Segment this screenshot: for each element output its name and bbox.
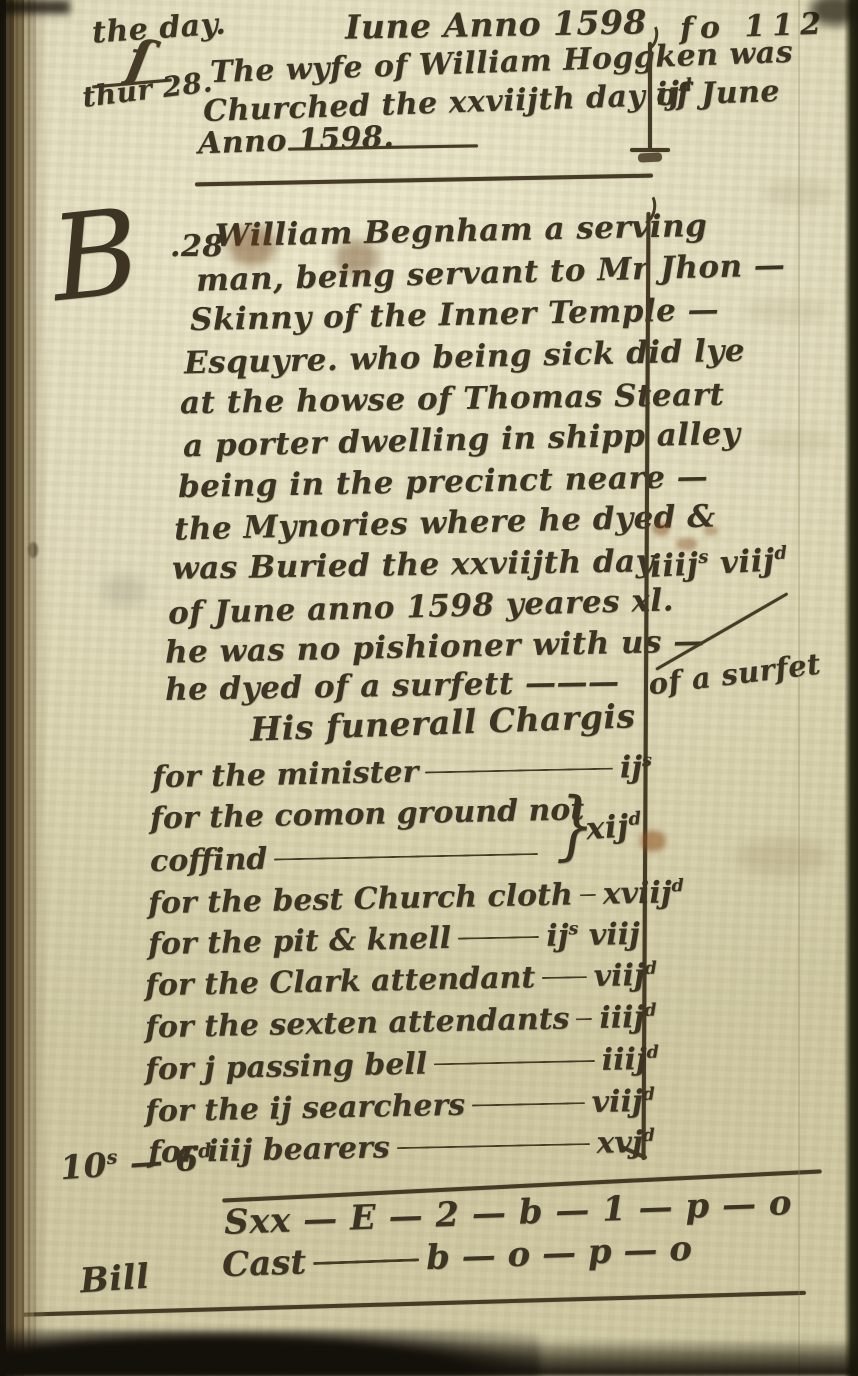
charge-amount: ijs [620, 753, 653, 784]
charge-label: for the pit & knell [148, 924, 452, 960]
charge-amount-common-ground: xijd [585, 810, 643, 845]
charge-dash [434, 1060, 595, 1065]
charge-row-bearers: for iiij bearers xvjd [148, 1128, 656, 1169]
entry1-line: Anno 1598. [198, 123, 395, 160]
charge-amount: iiijd [599, 1003, 657, 1034]
entry1-bracket-foot-pad [638, 152, 662, 162]
charge-amount: ijs viij [546, 920, 640, 952]
entry1-margin-day: thur 28. [81, 68, 214, 112]
entry2-line: Esquyre. who being sick did lye [184, 336, 746, 380]
entry2-line: Skinny of the Inner Temple — [190, 295, 720, 336]
charge-dash [580, 894, 596, 896]
header-month-year: Iune Anno 1598 [345, 5, 647, 43]
charge-label: for the ij searchers [145, 1091, 466, 1128]
charge-amount: iiijd [601, 1045, 659, 1076]
entry2-line: was Buried the xxviijth day [172, 546, 655, 585]
charge-amount: xvjd [596, 1128, 655, 1159]
entry2-line: William Begnham a serving [215, 211, 708, 252]
entry1-bracket-foot [630, 148, 670, 152]
charge-amount: viijd [593, 961, 657, 992]
charge-label: for the sexten attendants [145, 1004, 570, 1043]
charge-row-common-ground: for the comon ground not [150, 796, 571, 835]
charge-label: for the comon ground not [150, 795, 585, 834]
entry2-line: he was no pishioner with us — [165, 626, 705, 668]
charge-dash [397, 1143, 590, 1149]
charge-row-passing-bell: for j passing bell iiijd [145, 1045, 660, 1086]
entry2-line: the Mynories where he dyed & [174, 501, 716, 545]
left-gutter-edge [0, 0, 48, 1376]
bottom-left-dark-band [0, 1330, 540, 1376]
charge-row-coffind: coffind [150, 839, 546, 877]
charge-amount: xviijd [602, 878, 684, 910]
charge-label: for the best Church cloth [148, 880, 573, 919]
total-sum: 10s — 6d [59, 1141, 213, 1185]
cast-dash [313, 1258, 419, 1265]
charge-row-church-cloth: for the best Church cloth xviijd [148, 879, 656, 920]
entry1-fee: ijd [655, 77, 694, 111]
entry2-line: of June anno 1598 yeares xl. [168, 585, 675, 629]
charge-label: coffind [150, 845, 268, 877]
charge-dash [458, 936, 539, 940]
header-day-label: the day. [91, 9, 227, 48]
cast-label: Cast [222, 1245, 307, 1282]
charge-label: for the Clark attendant [145, 963, 536, 1001]
charge-dash [425, 768, 613, 774]
charges-heading: His funerall Chargis [250, 699, 636, 745]
top-left-edge-shadow [0, 0, 70, 14]
charge-row-searchers: for the ij searchers viijd [145, 1087, 656, 1128]
entry2-margin-fee: iiijs viijd [649, 544, 788, 582]
entry1-bracket-line [648, 42, 652, 150]
entry2-line: man, being servant to Mr Jhon — [196, 250, 786, 296]
bottom-edge-shadow [0, 1338, 858, 1376]
charge-row-clark: for the Clark attendant viijd [145, 961, 658, 1002]
entry2-line: being in the precinct neare — [178, 462, 709, 503]
ink-fleck [28, 542, 38, 558]
faint-blot [102, 575, 146, 607]
charge-label: for j passing bell [145, 1049, 428, 1085]
show-through-mark [764, 180, 834, 206]
left-gutter-streaks [4, 0, 38, 1376]
charge-dash [542, 976, 587, 979]
charge-row-sexten: for the sexten attendants iiijd [145, 1003, 656, 1044]
entry2-line: at the howse of Thomas Steart [180, 380, 725, 420]
entry2-initial: B [46, 192, 145, 318]
charge-dash [472, 1102, 585, 1106]
bill-label: Bill [79, 1260, 151, 1299]
entry-divider-rule [195, 174, 653, 186]
show-through-mark [736, 838, 828, 876]
entry2-line: a porter dwelling in shipp alley [183, 419, 741, 463]
charge-amount: viijd [591, 1087, 655, 1118]
manuscript-page: the day. Iune Anno 1598 fo 112 ſ thur 28… [0, 0, 858, 1376]
charge-dash [274, 853, 538, 861]
charge-row-pit-knell: for the pit & knell ijs viij [148, 920, 641, 960]
right-page-edge [844, 0, 858, 1376]
cast-values: b — o — p — o [425, 1232, 692, 1275]
charge-dash [576, 1018, 592, 1020]
show-through-mark [756, 430, 832, 454]
charge-label: for the minister [152, 758, 419, 794]
show-through-mark [744, 300, 828, 322]
